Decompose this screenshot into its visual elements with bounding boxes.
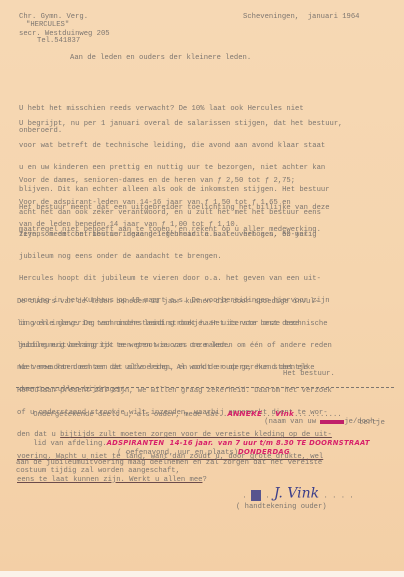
- crossed-out-mark: [320, 420, 344, 424]
- closing-signature: Het bestuur.: [283, 371, 335, 378]
- org-phone: Tel.541837: [37, 38, 80, 45]
- slip-line-4: costuum tijdig zal worden aangeschaft,: [16, 468, 180, 475]
- place-date: Scheveningen, januari 1964: [243, 14, 359, 21]
- day-field[interactable]: DONDERDAG: [238, 448, 290, 456]
- letter-page: Chr. Gymn. Verg. "HERCULES" secr. Westdu…: [0, 0, 404, 577]
- underlined-text: eens te laat kunnen zijn. Werkt u allen …: [17, 476, 202, 484]
- cut-line-divider: [16, 387, 394, 388]
- signature-caption: ( handtekening ouder): [236, 504, 327, 511]
- name-caption-cont: tertje: [359, 420, 385, 427]
- org-title: "HERCULES": [26, 22, 69, 29]
- ink-stamp-mark: [251, 490, 261, 501]
- salutation: Aan de leden en ouders der kleinere lede…: [70, 55, 251, 62]
